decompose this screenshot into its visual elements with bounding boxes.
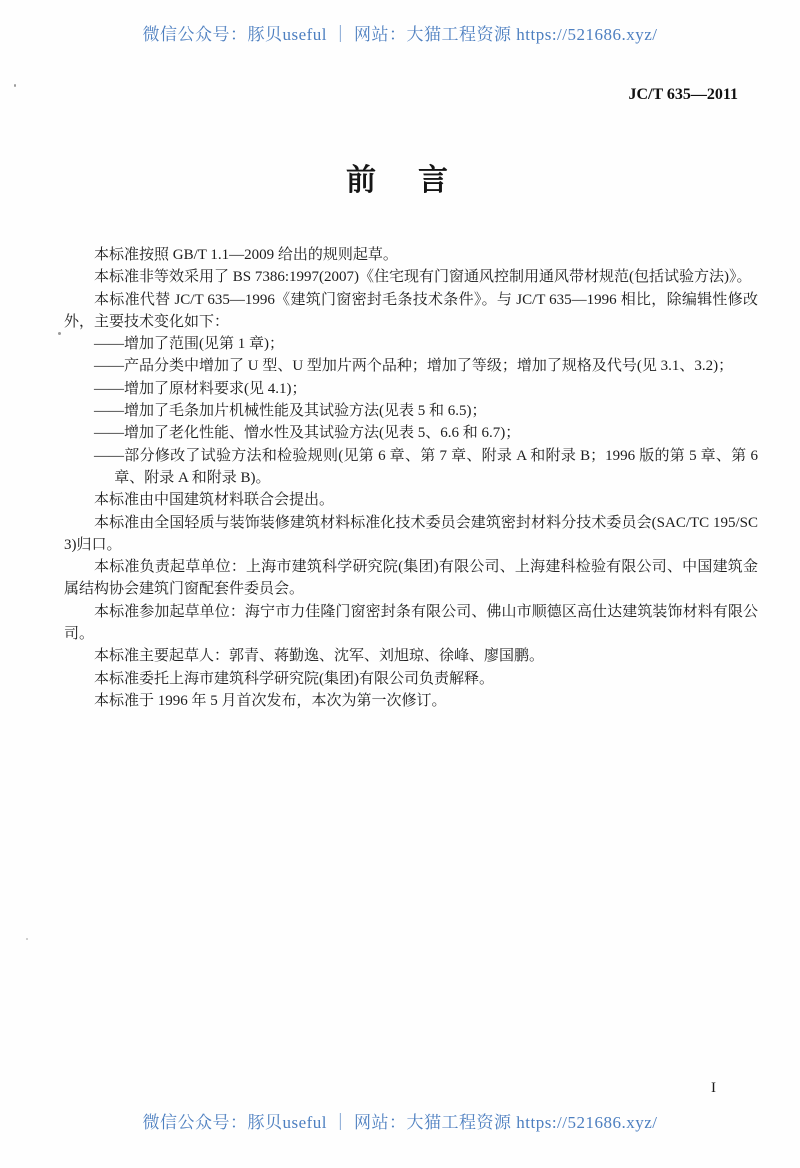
document-page: 微信公众号：豚贝useful ｜ 网站：大猫工程资源 https://52168… — [0, 0, 800, 1168]
watermark-top: 微信公众号：豚贝useful ｜ 网站：大猫工程资源 https://52168… — [0, 20, 800, 45]
paragraph: 本标准于 1996 年 5 月首次发布，本次为第一次修订。 — [64, 690, 758, 712]
paragraph: 本标准负责起草单位：上海市建筑科学研究院(集团)有限公司、上海建科检验有限公司、… — [64, 556, 758, 601]
paragraph: 本标准由中国建筑材料联合会提出。 — [64, 489, 758, 511]
page-title: 前 言 — [0, 155, 800, 199]
paragraph: 本标准代替 JC/T 635—1996《建筑门窗密封毛条技术条件》。与 JC/T… — [64, 289, 758, 334]
scan-speck — [58, 332, 61, 335]
watermark-bottom: 微信公众号：豚贝useful ｜ 网站：大猫工程资源 https://52168… — [0, 1108, 800, 1133]
paragraph: 本标准非等效采用了 BS 7386:1997(2007)《住宅现有门窗通风控制用… — [64, 266, 758, 288]
list-item: ——增加了原材料要求(见 4.1)； — [64, 378, 758, 400]
foreword-body: 本标准按照 GB/T 1.1—2009 给出的规则起草。 本标准非等效采用了 B… — [64, 244, 758, 712]
list-item: ——部分修改了试验方法和检验规则(见第 6 章、第 7 章、附录 A 和附录 B… — [64, 445, 758, 490]
list-item: ——增加了范围(见第 1 章)； — [64, 333, 758, 355]
page-number: I — [711, 1080, 716, 1097]
paragraph: 本标准由全国轻质与装饰装修建筑材料标准化技术委员会建筑密封材料分技术委员会(SA… — [64, 512, 758, 557]
scan-speck — [26, 938, 28, 940]
doc-number: JC/T 635—2011 — [629, 86, 739, 104]
paragraph: 本标准主要起草人：郭青、蒋勤逸、沈军、刘旭琼、徐峰、廖国鹏。 — [64, 645, 758, 667]
paragraph: 本标准委托上海市建筑科学研究院(集团)有限公司负责解释。 — [64, 668, 758, 690]
paragraph: 本标准按照 GB/T 1.1—2009 给出的规则起草。 — [64, 244, 758, 266]
list-item: ——增加了毛条加片机械性能及其试验方法(见表 5 和 6.5)； — [64, 400, 758, 422]
paragraph: 本标准参加起草单位：海宁市力佳隆门窗密封条有限公司、佛山市顺德区高仕达建筑装饰材… — [64, 601, 758, 646]
list-item: ——产品分类中增加了 U 型、U 型加片两个品种；增加了等级；增加了规格及代号(… — [64, 355, 758, 377]
scan-speck — [14, 84, 16, 87]
list-item: ——增加了老化性能、憎水性及其试验方法(见表 5、6.6 和 6.7)； — [64, 422, 758, 444]
